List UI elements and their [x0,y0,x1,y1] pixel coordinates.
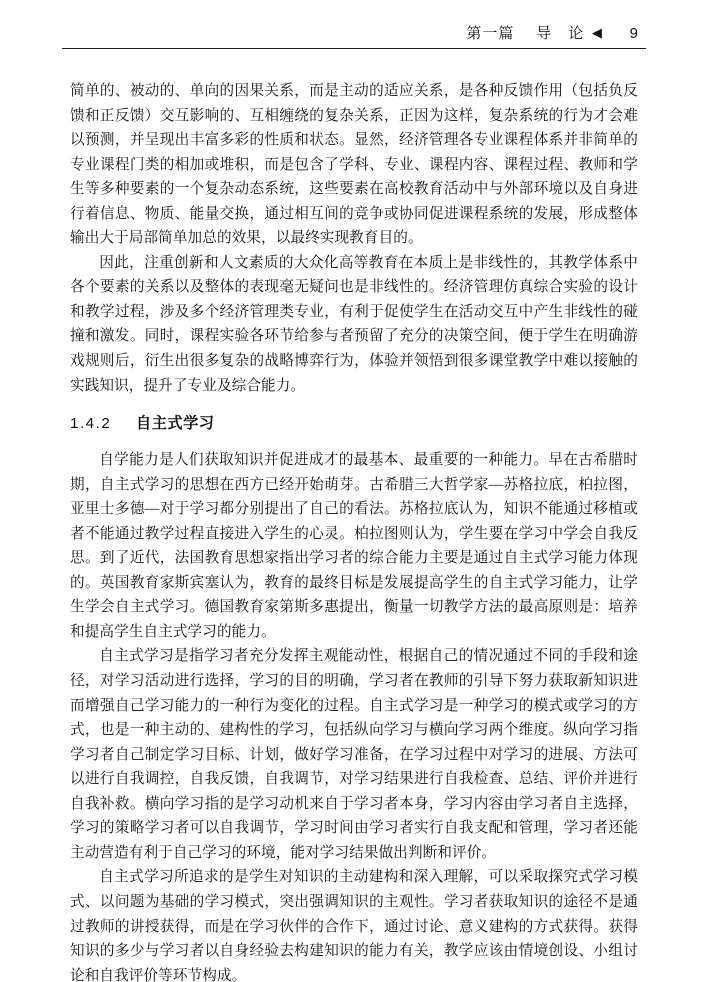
book-page: 第一篇 导 论 ◀ 9 简单的、被动的、单向的因果关系，而是主动的适应关系，是各… [0,0,706,982]
running-head: 第一篇 导 论 ◀ 9 [62,24,646,49]
part-label: 第一篇 [466,26,514,42]
page-number: 9 [630,25,638,42]
paragraph-continuation: 简单的、被动的、单向的因果关系，而是主动的适应关系，是各种反馈作用（包括负反馈和… [70,79,638,251]
page-body: 简单的、被动的、单向的因果关系，而是主动的适应关系，是各种反馈作用（包括负反馈和… [70,79,638,982]
section-title: 自主式学习 [136,415,214,432]
paragraph-4: 自主式学习是指学习者充分发挥主观能动性，根据自己的情况通过不同的手段和途径，对学… [70,644,638,865]
paragraph-5: 自主式学习所追求的是学生对知识的主动建构和深入理解，可以采取探究式学习模式、以问… [70,865,638,982]
left-triangle-icon: ◀ [592,23,602,42]
section-number: 1.4.2 [70,415,111,432]
section-heading: 1.4.2 自主式学习 [70,413,638,435]
paragraph-3: 自学能力是人们获取知识并促进成才的最基本、最重要的一种能力。早在古希腊时期，自主… [70,448,638,644]
paragraph-2: 因此，注重创新和人文素质的大众化高等教育在本质上是非线性的，其教学体系中各个要素… [70,251,638,398]
part-title: 导 论 [536,26,584,42]
